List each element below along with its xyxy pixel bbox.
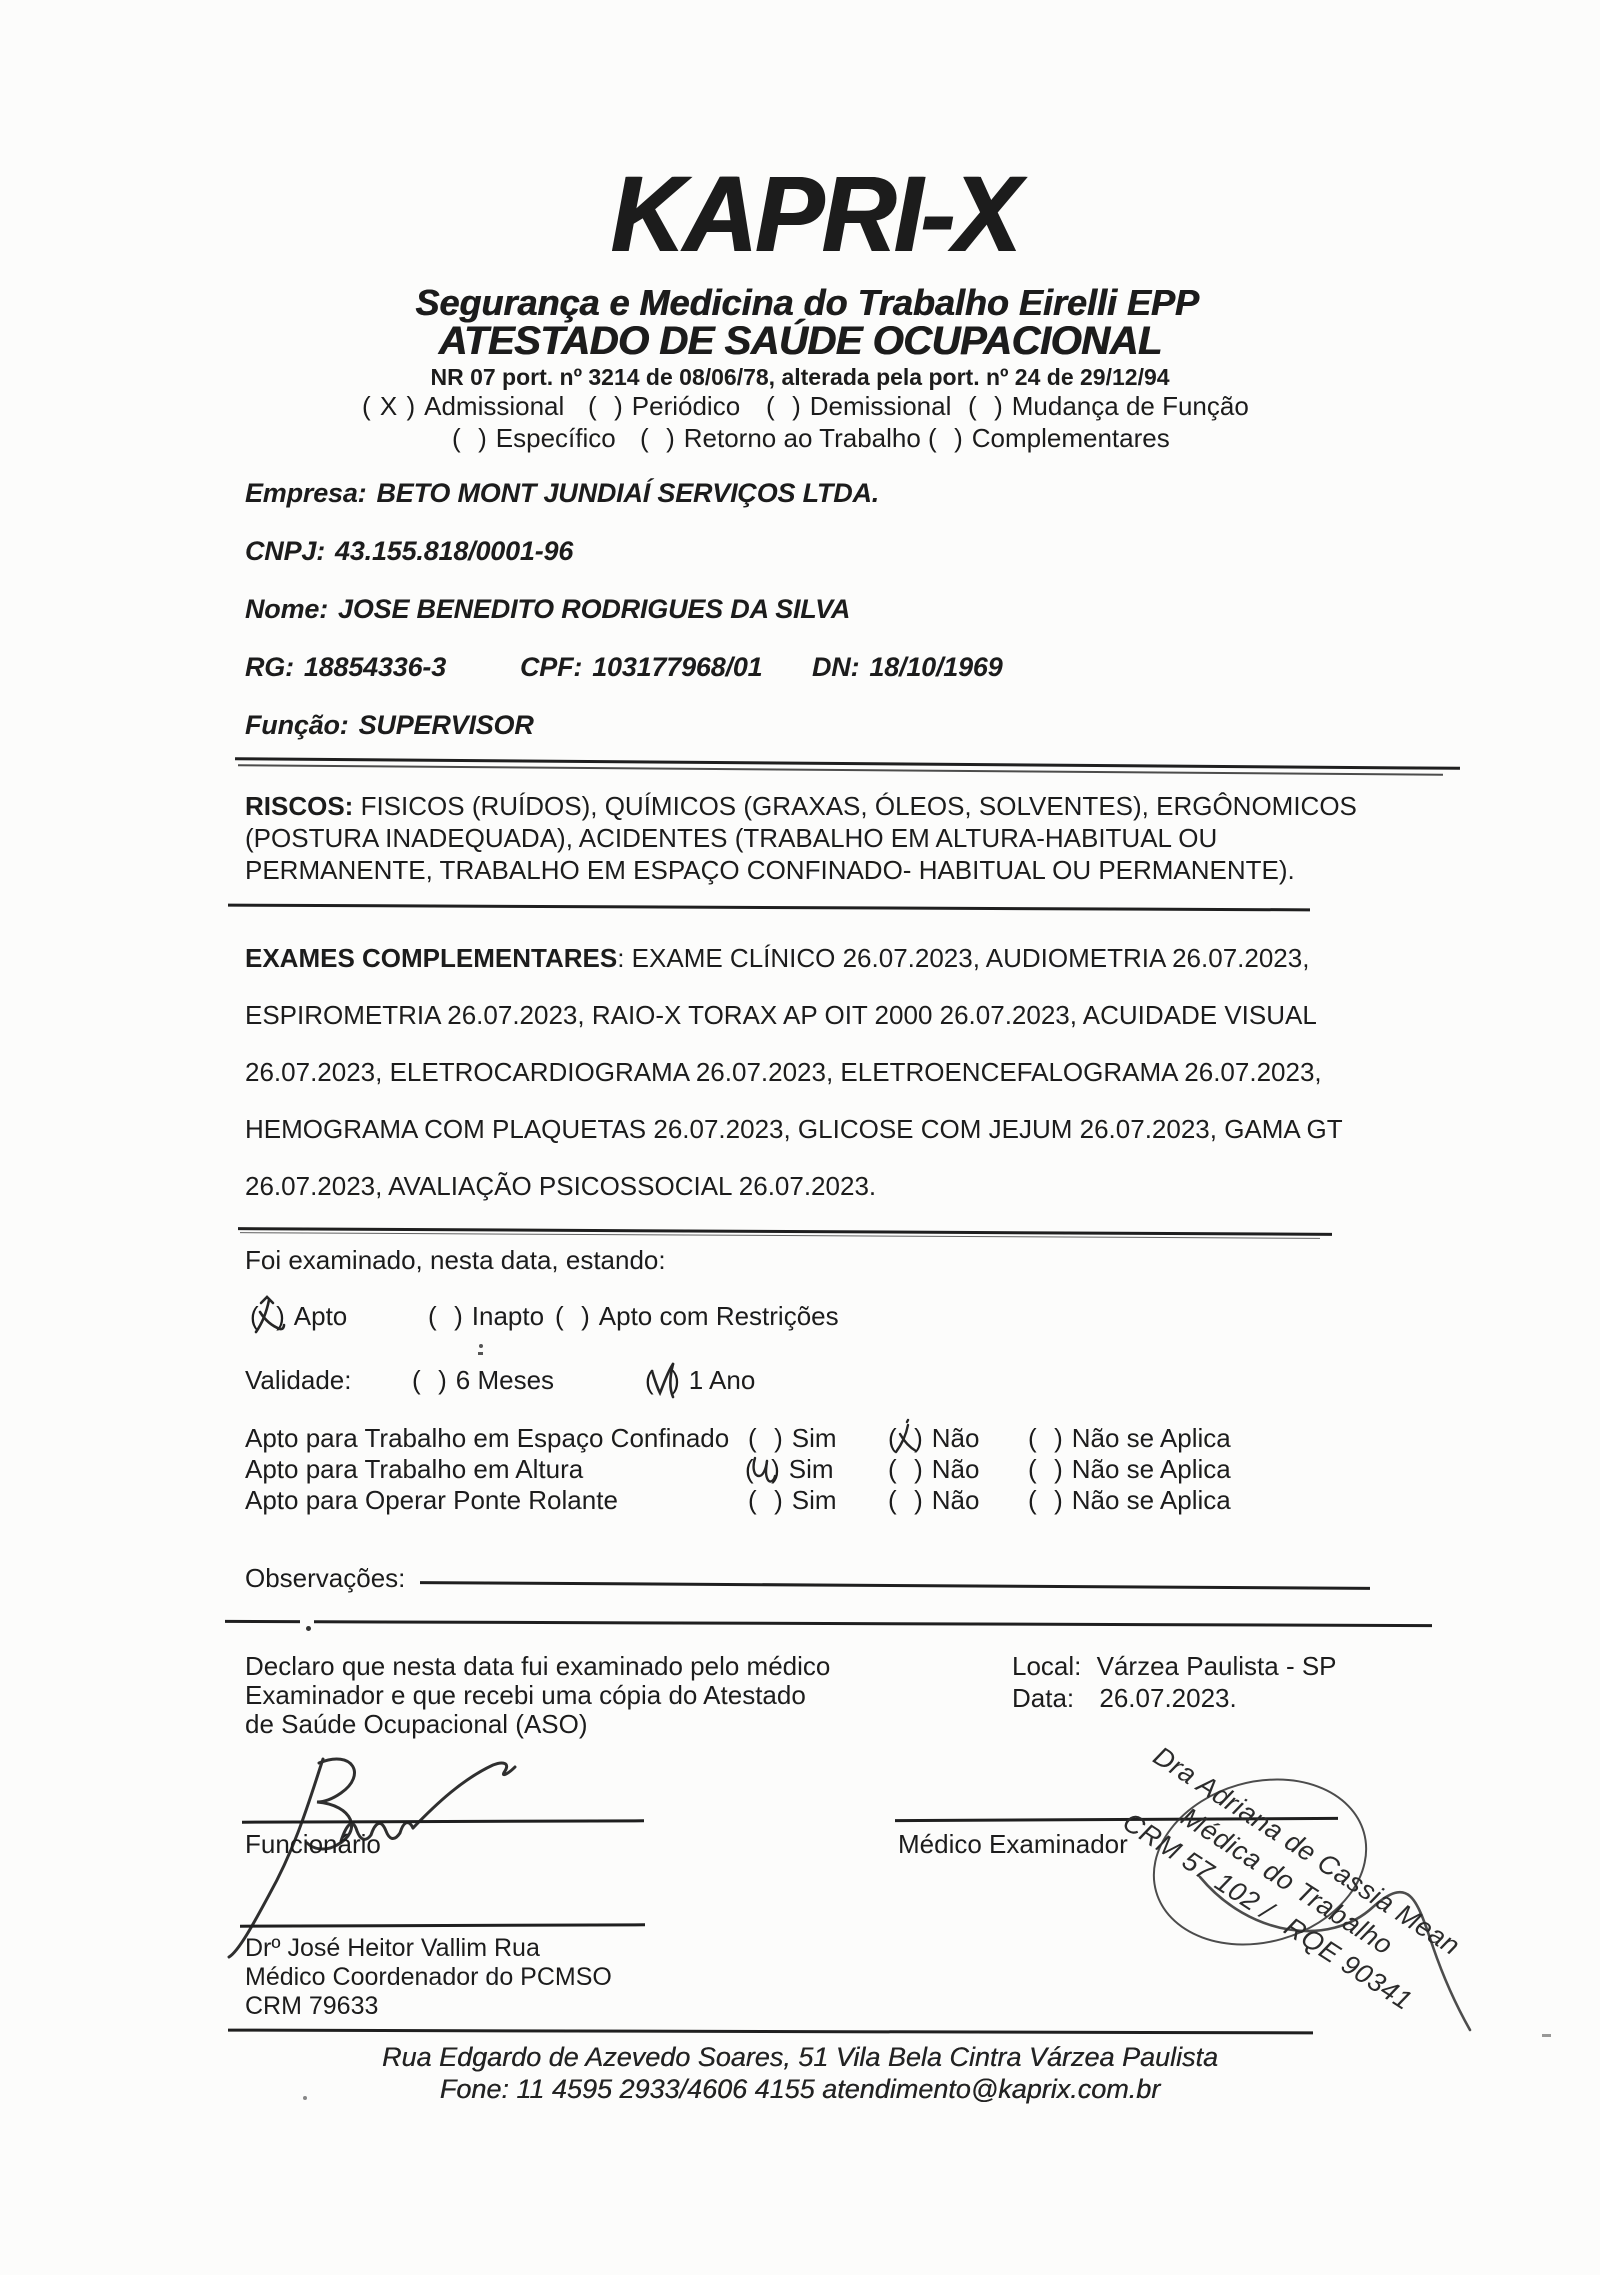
checkbox-admissional[interactable]: ( X ) Admissional (362, 392, 564, 422)
document-title: ATESTADO DE SAÚDE OCUPACIONAL (0, 318, 1600, 364)
checkbox-box: ( ) (250, 1302, 286, 1332)
result-options-row: ( ) Apto ( ) Inapto ( ) Apto com Restriç… (0, 1302, 1600, 1336)
checkbox-box: ( ) (928, 424, 964, 454)
medico-caption: Médico Examinador (898, 1830, 1128, 1860)
field-value: 18854336-3 (304, 652, 446, 682)
aptitude-label: Apto para Trabalho em Altura (245, 1455, 583, 1485)
data-value: 26.07.2023. (1099, 1683, 1236, 1713)
checkbox-altura-nsa[interactable]: ( ) Não se Aplica (1028, 1455, 1231, 1485)
divider (225, 1620, 1432, 1627)
checkbox-6-meses[interactable]: ( ) 6 Meses (412, 1366, 554, 1396)
scan-artifact (306, 1626, 311, 1631)
checkbox-demissional[interactable]: ( ) Demissional (766, 392, 951, 422)
funcionario-caption: Funcionário (245, 1830, 381, 1860)
exames-line-3: 26.07.2023, ELETROCARDIOGRAMA 26.07.2023… (245, 1058, 1322, 1088)
checkbox-label: Apto (294, 1302, 348, 1332)
checkbox-label: 6 Meses (456, 1366, 554, 1396)
checkbox-altura-sim[interactable]: ( ) Sim (745, 1455, 834, 1485)
observacoes-label: Observações: (245, 1564, 405, 1594)
scan-artifact (479, 1344, 483, 1348)
checkbox-ponte-nsa[interactable]: ( ) Não se Aplica (1028, 1486, 1231, 1516)
declaration-line-2: Examinador e que recebi uma cópia do Ate… (245, 1681, 806, 1711)
checkbox-ponte-nao[interactable]: ( ) Não (888, 1486, 979, 1516)
riscos-line-3: PERMANENTE, TRABALHO EM ESPAÇO CONFINADO… (245, 856, 1295, 886)
checkbox-label: Periódico (632, 392, 740, 422)
checkbox-label: Admissional (424, 392, 564, 422)
field-label: DN: (812, 652, 859, 682)
aptitude-label: Apto para Trabalho em Espaço Confinado (245, 1424, 729, 1454)
regulation-note: NR 07 port. nº 3214 de 08/06/78, alterad… (0, 364, 1600, 390)
checkbox-box: ( X ) (362, 392, 416, 422)
checkbox-altura-nao[interactable]: ( ) Não (888, 1455, 979, 1485)
coordinator-role: Médico Coordenador do PCMSO (245, 1963, 612, 1992)
checkbox-label: 1 Ano (689, 1366, 756, 1396)
field-value: BETO MONT JUNDIAÍ SERVIÇOS LTDA. (376, 478, 879, 508)
exames-line-4: HEMOGRAMA COM PLAQUETAS 26.07.2023, GLIC… (245, 1115, 1343, 1145)
scan-artifact (303, 2096, 307, 2100)
riscos-line-2: (POSTURA INADEQUADA), ACIDENTES (TRABALH… (245, 824, 1217, 854)
scan-artifact (478, 1352, 483, 1355)
checkbox-box: ( ) (428, 1302, 464, 1332)
field-cpf: CPF:103177968/01 (520, 652, 762, 683)
checkbox-complementares[interactable]: ( ) Complementares (928, 424, 1170, 454)
checkbox-label: Complementares (972, 424, 1170, 454)
observacoes-fill-line[interactable] (420, 1581, 1370, 1589)
company-brand: KAPRI-X (69, 152, 1561, 276)
field-value: 103177968/01 (592, 652, 762, 682)
validade-row: Validade: ( ) 6 Meses ( ) 1 Ano (0, 1366, 1600, 1400)
divider (228, 904, 1310, 912)
checkbox-retorno-trabalho[interactable]: ( ) Retorno ao Trabalho (640, 424, 921, 454)
checkbox-label: Específico (496, 424, 616, 454)
document-page: KAPRI-X Segurança e Medicina do Trabalho… (0, 0, 1600, 2275)
field-label: Nome: (245, 594, 328, 624)
riscos-line-1: RISCOS: FISICOS (RUÍDOS), QUÍMICOS (GRAX… (245, 792, 1357, 822)
local-label: Local: (1012, 1651, 1081, 1681)
exam-type-row-1: ( X ) Admissional ( ) Periódico ( ) Demi… (0, 392, 1600, 426)
field-nome: Nome:JOSE BENEDITO RODRIGUES DA SILVA (245, 594, 850, 625)
aptitude-label: Apto para Operar Ponte Rolante (245, 1486, 618, 1516)
checkbox-ponte-sim[interactable]: ( ) Sim (748, 1486, 837, 1516)
checkbox-box: ( ) (412, 1366, 448, 1396)
field-value: JOSE BENEDITO RODRIGUES DA SILVA (338, 594, 850, 624)
checkbox-box: ( ) (555, 1302, 591, 1332)
coordinator-name: Drº José Heitor Vallim Rua (245, 1934, 540, 1963)
exames-line-5: 26.07.2023, AVALIAÇÃO PSICOSSOCIAL 26.07… (245, 1172, 876, 1202)
field-value: 43.155.818/0001-96 (335, 536, 573, 566)
checkbox-box: ( ) (640, 424, 676, 454)
local-value: Várzea Paulista - SP (1097, 1651, 1337, 1681)
declaration-line-1: Declaro que nesta data fui examinado pel… (245, 1652, 830, 1682)
checkbox-especifico[interactable]: ( ) Específico (452, 424, 616, 454)
data-line: Data: 26.07.2023. (1012, 1684, 1237, 1714)
field-value: 18/10/1969 (869, 652, 1002, 682)
checkbox-mudanca-funcao[interactable]: ( ) Mudança de Função (968, 392, 1249, 422)
field-empresa: Empresa:BETO MONT JUNDIAÍ SERVIÇOS LTDA. (245, 478, 879, 509)
result-intro: Foi examinado, nesta data, estando: (245, 1246, 666, 1276)
footer-address: Rua Edgardo de Azevedo Soares, 51 Vila B… (0, 2042, 1600, 2073)
checkbox-label: Inapto (472, 1302, 544, 1332)
scan-artifact (1542, 2034, 1551, 2037)
field-label: RG: (245, 652, 294, 682)
checkbox-inapto[interactable]: ( ) Inapto (428, 1302, 544, 1332)
exames-line-2: ESPIROMETRIA 26.07.2023, RAIO-X TORAX AP… (245, 1001, 1317, 1031)
checkbox-box: ( ) (452, 424, 488, 454)
validade-label: Validade: (245, 1366, 352, 1396)
checkbox-box: ( ) (766, 392, 802, 422)
checkbox-confinado-nao[interactable]: ( ) Não (888, 1424, 979, 1454)
checkbox-confinado-nsa[interactable]: ( ) Não se Aplica (1028, 1424, 1231, 1454)
checkbox-apto-restricoes[interactable]: ( ) Apto com Restrições (555, 1302, 839, 1332)
checkbox-1-ano[interactable]: ( ) 1 Ano (645, 1366, 755, 1396)
divider (235, 757, 1460, 770)
checkbox-box: ( ) (968, 392, 1004, 422)
checkbox-box: ( ) (588, 392, 624, 422)
checkbox-confinado-sim[interactable]: ( ) Sim (748, 1424, 837, 1454)
data-label: Data: (1012, 1683, 1074, 1713)
checkbox-label: Retorno ao Trabalho (684, 424, 921, 454)
local-line: Local: Várzea Paulista - SP (1012, 1652, 1337, 1682)
aptitude-row-confinado: Apto para Trabalho em Espaço Confinado (… (0, 1424, 1600, 1456)
aptitude-row-altura: Apto para Trabalho em Altura ( ) Sim ( )… (0, 1455, 1600, 1487)
riscos-label: RISCOS: (245, 791, 353, 821)
field-funcao: Função:SUPERVISOR (245, 710, 534, 741)
field-value: SUPERVISOR (359, 710, 534, 740)
checkbox-label: Apto com Restrições (599, 1302, 839, 1332)
exames-label: EXAMES COMPLEMENTARES (245, 943, 617, 973)
checkbox-apto[interactable]: ( ) Apto (250, 1302, 347, 1332)
checkbox-label: Mudança de Função (1012, 392, 1249, 422)
field-label: Função: (245, 710, 349, 740)
field-label: CPF: (520, 652, 582, 682)
exam-type-row-2: ( ) Específico ( ) Retorno ao Trabalho (… (0, 424, 1600, 458)
exames-line-1: EXAMES COMPLEMENTARES: EXAME CLÍNICO 26.… (245, 944, 1309, 974)
aptitude-row-ponte: Apto para Operar Ponte Rolante ( ) Sim (… (0, 1486, 1600, 1518)
checkbox-box: ( ) (645, 1366, 681, 1396)
coordinator-crm: CRM 79633 (245, 1992, 378, 2021)
field-label: CNPJ: (245, 536, 325, 566)
checkbox-label: Demissional (810, 392, 952, 422)
footer-phone: Fone: 11 4595 2933/4606 4155 atendimento… (0, 2074, 1600, 2105)
field-cnpj: CNPJ:43.155.818/0001-96 (245, 536, 573, 567)
field-label: Empresa: (245, 478, 366, 508)
checkbox-periodico[interactable]: ( ) Periódico (588, 392, 740, 422)
field-rg: RG:18854336-3 (245, 652, 446, 683)
field-dn: DN:18/10/1969 (812, 652, 1003, 683)
